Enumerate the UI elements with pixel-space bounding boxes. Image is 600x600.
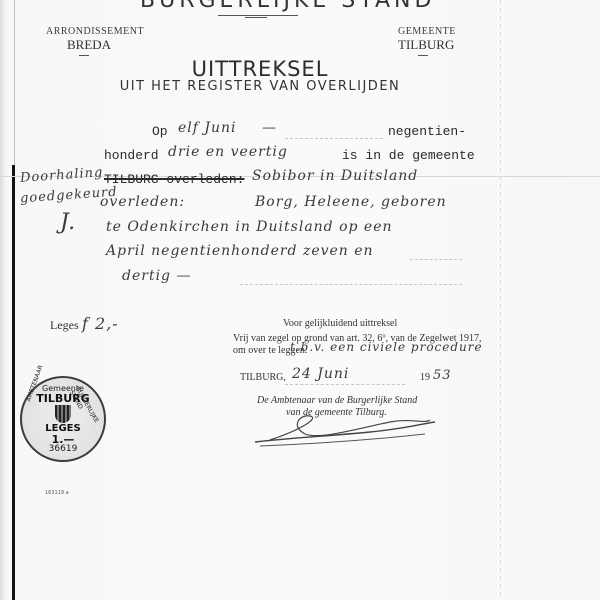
line1-suffix: negentien-	[388, 124, 466, 139]
stamp-number: 36619	[22, 445, 104, 454]
issue-year: 53	[433, 368, 452, 383]
municipality-rule	[418, 55, 428, 56]
fees-label: Leges	[50, 318, 79, 333]
district-rule	[79, 55, 89, 56]
deceased-name: Borg, Heleene, geboren	[255, 194, 447, 210]
municipality-label: GEMEENTE	[398, 26, 456, 37]
line1-dash: —	[262, 120, 277, 136]
year-prefix: 19	[420, 372, 430, 383]
death-year: drie en veertig	[168, 144, 288, 160]
document-title: UITTREKSEL	[0, 57, 520, 81]
birth-place: te Odenkirchen in Duitsland op een	[106, 219, 393, 235]
registry-title: BURGERLIJKE STAND	[140, 0, 435, 13]
fees-value: f 2,-	[82, 314, 119, 333]
death-day-month: elf Juni	[178, 120, 237, 136]
margin-initials: J.	[60, 210, 76, 235]
birth-date: April negentienhonderd zeven en	[106, 243, 374, 259]
municipal-fee-stamp: AMBTENAAR BURGERLIJKE STAND Gemeente TIL…	[20, 376, 106, 462]
fill-line	[285, 137, 383, 139]
death-place: Sobibor in Duitsland	[252, 168, 418, 184]
fill-line	[410, 258, 462, 260]
document-page: BURGERLIJKE STAND ARRONDISSEMENT BREDA G…	[0, 0, 600, 600]
district-label: ARRONDISSEMENT	[46, 26, 144, 37]
line2-prefix: honderd	[104, 148, 159, 163]
issue-date: 24 Juni	[292, 366, 349, 382]
stamp-city: TILBURG	[22, 393, 104, 404]
title-rule-short	[245, 17, 267, 18]
scan-edge-shadow	[12, 165, 15, 600]
line1-prefix: Op	[152, 124, 168, 139]
district-value: BREDA	[67, 37, 111, 53]
coat-of-arms-icon	[55, 405, 71, 423]
title-rule	[218, 15, 298, 16]
certification-purpose: t.b.v. een civiele procedure	[290, 340, 483, 354]
birth-year-end: dertig —	[122, 268, 191, 284]
form-code: 163119 a	[45, 490, 69, 496]
line2-suffix: is in de gemeente	[342, 148, 475, 163]
struck-place: TILBURG overleden:	[104, 172, 244, 187]
fill-line	[240, 283, 462, 285]
dateline-place: TILBURG,	[240, 372, 286, 383]
date-fill-line	[285, 383, 405, 385]
municipality-value: TILBURG	[398, 37, 454, 53]
official-line1: De Ambtenaar van de Burgerlijke Stand	[257, 395, 417, 406]
document-subtitle: UIT HET REGISTER VAN OVERLIJDEN	[0, 79, 520, 94]
margin-note-line1: Doorhaling	[20, 165, 104, 186]
certification-heading: Voor gelijkluidend uittreksel	[283, 318, 397, 329]
